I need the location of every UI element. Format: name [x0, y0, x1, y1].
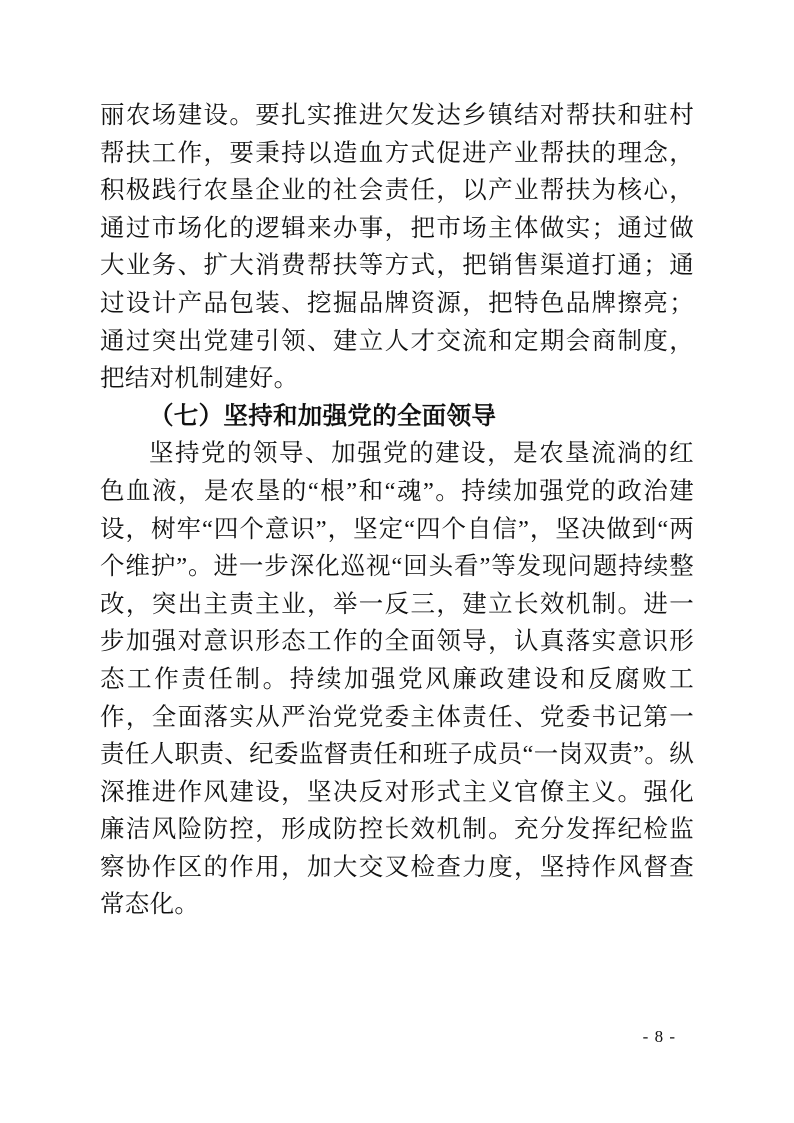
page-footer: - 8 -	[643, 1027, 676, 1047]
paragraph-body: 坚持党的领导、加强党的建设，是农垦流淌的红色血液，是农垦的“根”和“魂”。持续加…	[100, 435, 694, 924]
document-page: 丽农场建设。要扎实推进欠发达乡镇结对帮扶和驻村帮扶工作，要秉持以造血方式促进产业…	[0, 0, 794, 1123]
document-body: 丽农场建设。要扎实推进欠发达乡镇结对帮扶和驻村帮扶工作，要秉持以造血方式促进产业…	[100, 97, 694, 924]
paragraph-continuation: 丽农场建设。要扎实推进欠发达乡镇结对帮扶和驻村帮扶工作，要秉持以造血方式促进产业…	[100, 97, 694, 398]
page-number: - 8 -	[643, 1027, 676, 1046]
section-heading: （七）坚持和加强党的全面领导	[100, 398, 694, 436]
